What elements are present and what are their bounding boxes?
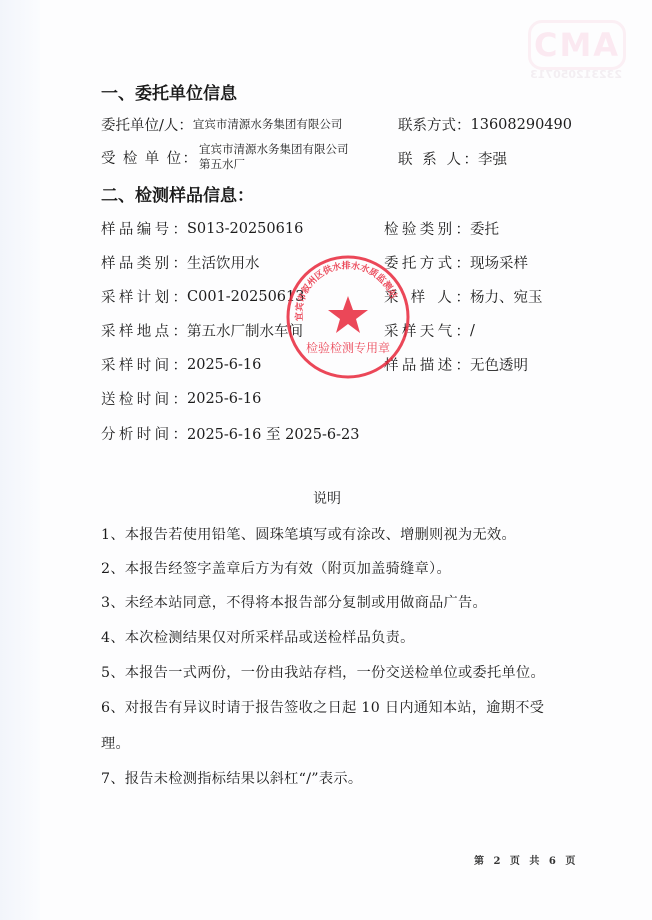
note-item: 3、未经本站同意，不得将本报告部分复制或用做商品广告。 [101, 592, 487, 612]
contact-person-label: 联 系 人： [398, 148, 478, 169]
submission-time-label: 送检时间： [101, 388, 187, 409]
sample-category-value: 生活饮用水 [187, 252, 260, 273]
inspected-unit-value-line1: 宜宾市清源水务集团有限公司 [199, 142, 349, 157]
inspected-unit-value: 宜宾市清源水务集团有限公司 第五水厂 [199, 142, 349, 172]
client-row: 委托单位/人： 宜宾市清源水务集团有限公司 [101, 114, 342, 135]
cma-watermark-logo: CMA [528, 20, 626, 70]
note-item: 5、本报告一式两份，一份由我站存档，一份交送检单位或委托单位。 [101, 662, 545, 682]
cma-watermark-code: 232312050713 [526, 68, 626, 81]
page-indicator: 第 2 页 共 6 页 [474, 852, 578, 867]
contact-person-value: 李强 [478, 148, 507, 169]
analysis-time-value: 2025-6-16 至 2025-6-23 [187, 423, 359, 444]
sample-id-value: S013-20250616 [187, 221, 303, 237]
sample-field-row: 采样时间： 2025-6-16 [101, 354, 261, 375]
section-client-info-title: 一、委托单位信息 [101, 79, 237, 104]
inspected-unit-label: 受 检 单 位： [101, 147, 197, 168]
contact-value: 13608290490 [471, 117, 572, 133]
section-sample-info-title: 二、检测样品信息： [101, 181, 254, 206]
sample-id-label: 样品编号： [101, 218, 187, 239]
inspected-unit-value-line2: 第五水厂 [199, 157, 349, 172]
sampling-location-label: 采样地点： [101, 320, 187, 341]
sampling-time-label: 采样时间： [101, 354, 187, 375]
contact-label: 联系方式： [398, 114, 471, 135]
analysis-time-label: 分析时间： [101, 423, 187, 444]
sample-category-label: 样品类别： [101, 252, 187, 273]
sample-field-row: 分析时间： 2025-6-16 至 2025-6-23 [101, 423, 359, 444]
sampling-plan-label: 采样计划： [101, 286, 187, 307]
sample-field-row: 送检时间： 2025-6-16 [101, 388, 261, 409]
note-item-continuation: 理。 [101, 733, 130, 753]
note-item: 1、本报告若使用铅笔、圆珠笔填写或有涂改、增删则视为无效。 [101, 524, 516, 544]
scan-edge-shade [0, 0, 40, 920]
note-item: 7、报告未检测指标结果以斜杠“/”表示。 [101, 768, 362, 788]
note-item: 6、对报告有异议时请于报告签收之日起 10 日内通知本站，逾期不受 [101, 697, 544, 717]
sample-field-row: 采样地点： 第五水厂制水车间 [101, 320, 303, 341]
sampler-value: 杨力、宛玉 [470, 286, 543, 307]
commission-method-value: 现场采样 [470, 252, 528, 273]
stamp-bottom-text: 检验检测专用章 [306, 340, 390, 355]
report-page: CMA 232312050713 一、委托单位信息 委托单位/人： 宜宾市清源水… [0, 0, 652, 920]
inspection-type-label: 检验类别： [384, 218, 470, 239]
official-seal-stamp-icon: 宜宾市叙州区供水排水水质监测站 检验检测专用章 [283, 252, 413, 382]
sample-field-row: 样品类别： 生活饮用水 [101, 252, 260, 273]
contact-row: 联系方式： 13608290490 [398, 114, 572, 135]
sample-field-row: 检验类别： 委托 [384, 218, 499, 239]
sample-description-value: 无色透明 [470, 354, 528, 375]
note-item: 4、本次检测结果仅对所采样品或送检样品负责。 [101, 627, 415, 647]
inspection-type-value: 委托 [470, 218, 499, 239]
client-value: 宜宾市清源水务集团有限公司 [193, 117, 343, 132]
note-item: 2、本报告经签字盖章后方为有效（附页加盖骑缝章）。 [101, 558, 451, 578]
sampling-weather-value: / [470, 323, 475, 339]
sample-field-row: 采样计划： C001-20250613 [101, 286, 304, 307]
contact-person-row: 联 系 人： 李强 [398, 148, 507, 169]
notes-title: 说明 [313, 488, 341, 508]
sample-field-row: 样品编号： S013-20250616 [101, 218, 303, 239]
client-label: 委托单位/人： [101, 114, 193, 135]
inspected-unit-row: 受 检 单 位： 宜宾市清源水务集团有限公司 第五水厂 [101, 142, 349, 172]
sampling-time-value: 2025-6-16 [187, 357, 261, 373]
submission-time-value: 2025-6-16 [187, 391, 261, 407]
